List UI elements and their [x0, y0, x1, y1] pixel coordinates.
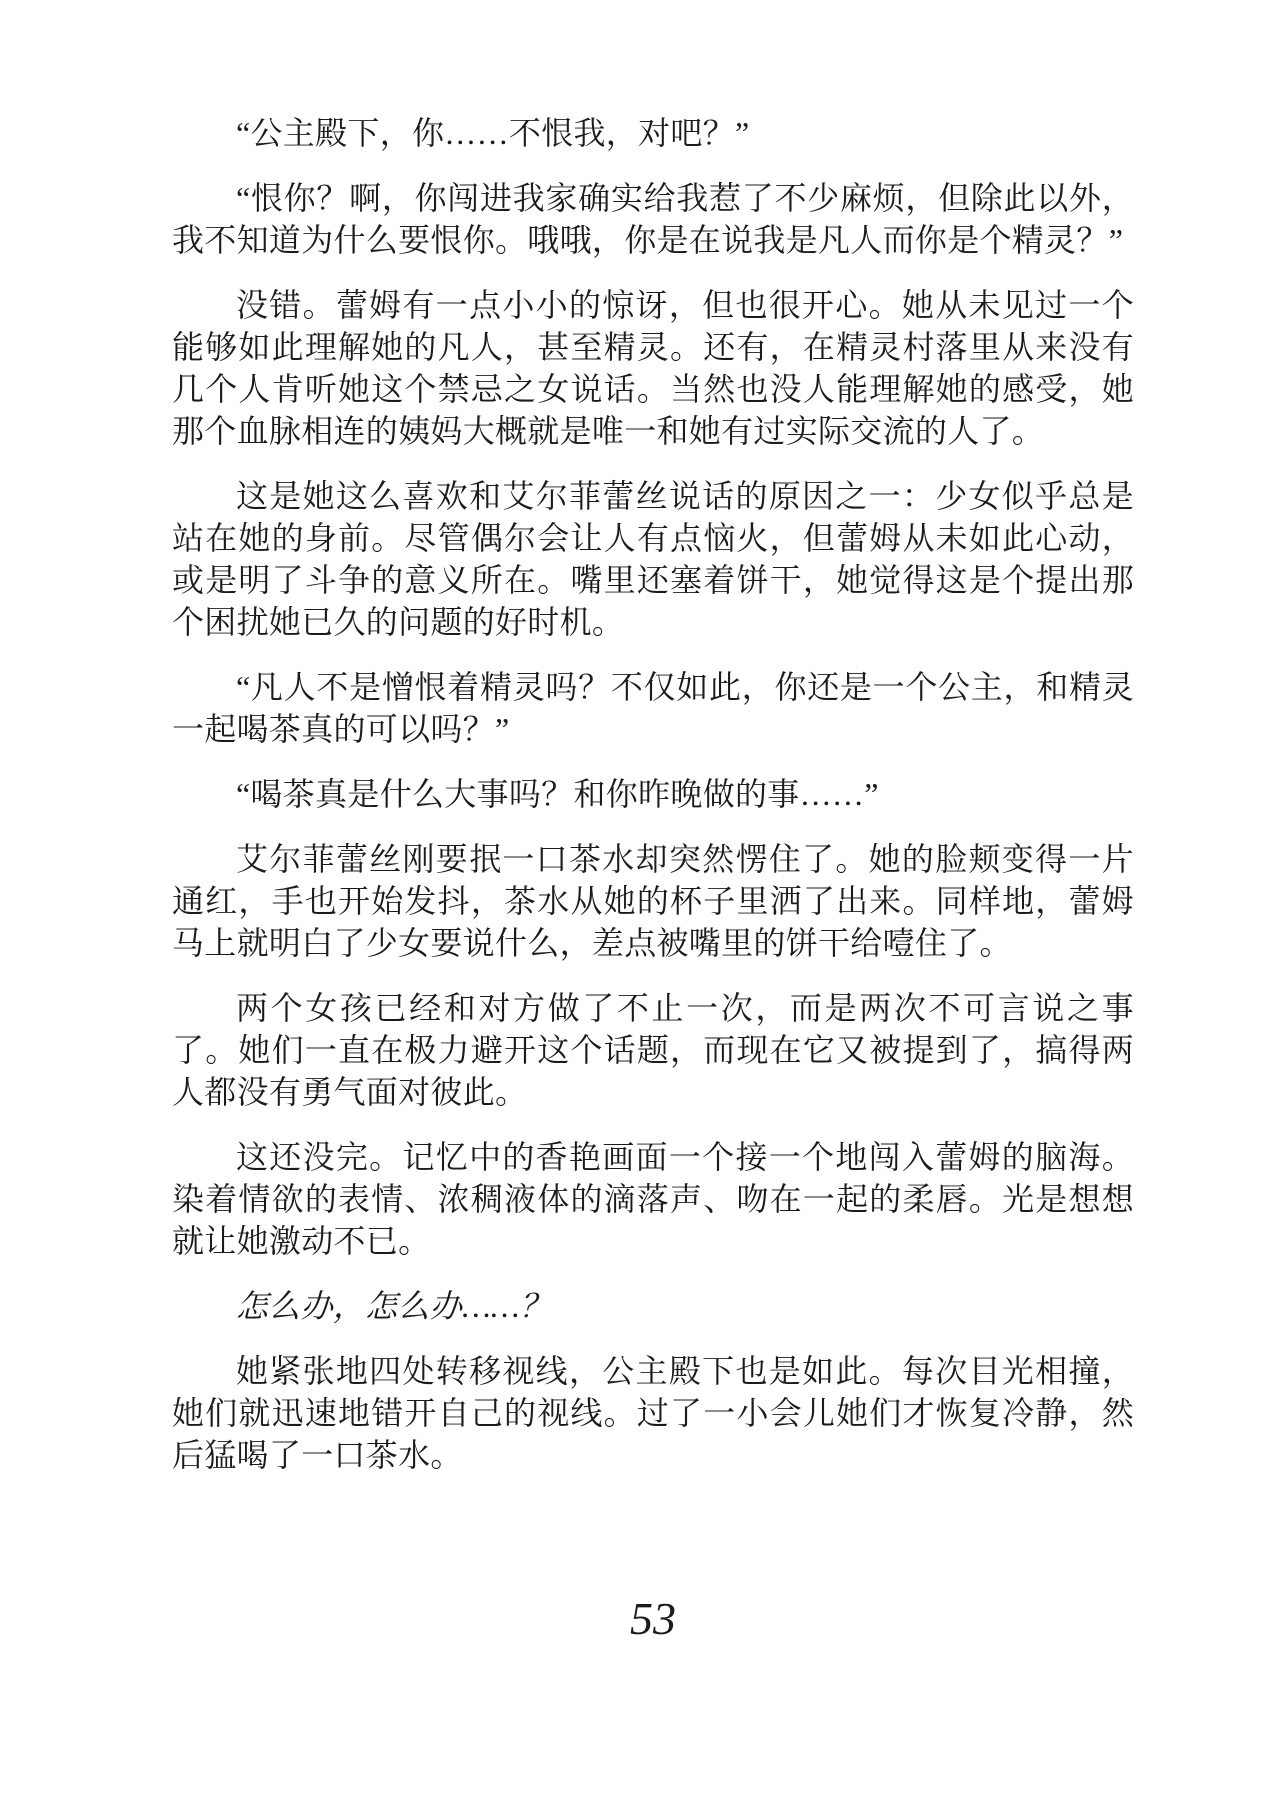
- paragraph: 这还没完。记忆中的香艳画面一个接一个地闯入蕾姆的脑海。染着情欲的表情、浓稠液体的…: [172, 1136, 1134, 1262]
- paragraph: 她紧张地四处转移视线，公主殿下也是如此。每次目光相撞，她们就迅速地错开自己的视线…: [172, 1350, 1134, 1476]
- paragraph: “公主殿下，你……不恨我，对吧？”: [172, 112, 1134, 154]
- paragraph: “喝茶真是什么大事吗？和你昨晚做的事……”: [172, 773, 1134, 815]
- paragraph: 艾尔菲蕾丝刚要抿一口茶水却突然愣住了。她的脸颊变得一片通红，手也开始发抖，茶水从…: [172, 838, 1134, 964]
- paragraph: “凡人不是憎恨着精灵吗？不仅如此，你还是一个公主，和精灵一起喝茶真的可以吗？”: [172, 666, 1134, 750]
- document-page: “公主殿下，你……不恨我，对吧？”“恨你？啊，你闯进我家确实给我惹了不少麻烦，但…: [0, 0, 1280, 1816]
- paragraph: 这是她这么喜欢和艾尔菲蕾丝说话的原因之一：少女似乎总是站在她的身前。尽管偶尔会让…: [172, 475, 1134, 643]
- paragraph: 怎么办，怎么办……？: [172, 1285, 1134, 1327]
- paragraph: 没错。蕾姆有一点小小的惊讶，但也很开心。她从未见过一个能够如此理解她的凡人，甚至…: [172, 284, 1134, 452]
- paragraph: “恨你？啊，你闯进我家确实给我惹了不少麻烦，但除此以外，我不知道为什么要恨你。哦…: [172, 177, 1134, 261]
- text-block: “公主殿下，你……不恨我，对吧？”“恨你？啊，你闯进我家确实给我惹了不少麻烦，但…: [172, 112, 1134, 1499]
- page-number: 53: [172, 1596, 1134, 1642]
- paragraph: 两个女孩已经和对方做了不止一次，而是两次不可言说之事了。她们一直在极力避开这个话…: [172, 987, 1134, 1113]
